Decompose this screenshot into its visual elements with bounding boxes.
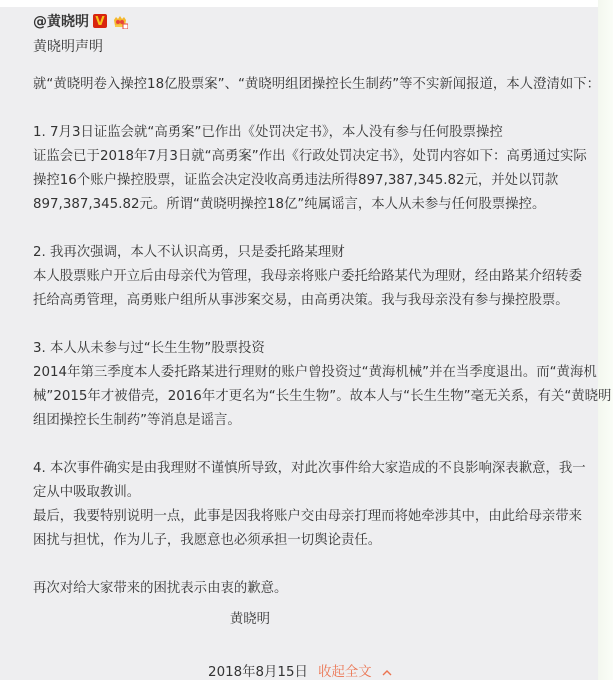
section-1-line: 证监会已于2018年7月3日就“高勇案”作出《行政处罚决定书》，处罚内容如下：高… — [33, 145, 593, 169]
page-edge — [598, 0, 613, 680]
section-3-heading: 3. 本人从未参与过“长生生物”股票投资 — [33, 337, 593, 361]
top-strip — [0, 0, 598, 7]
section-3: 3. 本人从未参与过“长生生物”股票投资 2014年第三季度本人委托路某进行理财… — [33, 337, 593, 433]
vip-crown-icon[interactable] — [112, 14, 128, 28]
closing-line: 再次对给大家带来的困扰表示由衷的歉意。 — [33, 577, 593, 601]
section-1-line: 897,387,345.82元。所谓“黄晓明操控18亿”纯属谣言，本人从未参与任… — [33, 193, 593, 217]
signature: 黄晓明 — [0, 608, 500, 627]
section-4-line: 定从中吸取教训。 — [33, 481, 593, 505]
section-1: 1. 7月3日证监会就“高勇案”已作出《处罚决定书》，本人没有参与任何股票操控 … — [33, 121, 593, 217]
post-body: 就“黄晓明卷入操控18亿股票案”、“黄晓明组团操控长生制药”等不实新闻报道，本人… — [33, 73, 593, 625]
section-1-heading: 1. 7月3日证监会就“高勇案”已作出《处罚决定书》，本人没有参与任何股票操控 — [33, 121, 593, 145]
section-4: 4. 本次事件确实是由我理财不谨慎所导致，对此次事件给大家造成的不良影响深表歉意… — [33, 457, 593, 553]
closing-paragraph: 再次对给大家带来的困扰表示由衷的歉意。 — [33, 577, 593, 601]
section-4-line: 最后，我要特别说明一点，此事是因我将账户交由母亲打理而将她牵涉其中，由此给母亲带… — [33, 505, 593, 529]
post-footer: 2018年8月15日 收起全文 — [0, 661, 600, 680]
section-4-line: 困扰与担忧，作为儿子，我愿意也必须承担一切舆论责任。 — [33, 529, 593, 553]
collapse-full-text-link[interactable]: 收起全文 — [318, 665, 372, 680]
section-2-line: 本人股票账户开立后由母亲代为管理，我母亲将账户委托给路某代为理财，经由路某介绍转… — [33, 265, 593, 289]
section-3-line: 2014年第三季度本人委托路某进行理财的账户曾投资过“黄海机械”并在当季度退出。… — [33, 361, 593, 385]
section-2-line: 托给高勇管理，高勇账户组所从事涉案交易，由高勇决策。我与我母亲没有参与操控股票。 — [33, 289, 593, 313]
intro-paragraph: 就“黄晓明卷入操控18亿股票案”、“黄晓明组团操控长生制药”等不实新闻报道，本人… — [33, 73, 593, 97]
section-1-line: 操控16个账户操控股票，证监会决定没收高勇违法所得897,387,345.82元… — [33, 169, 593, 193]
author-row: @黄晓明 V — [33, 11, 128, 31]
author-name[interactable]: @黄晓明 — [33, 11, 89, 31]
chevron-up-icon[interactable] — [382, 666, 392, 679]
verified-v-icon[interactable]: V — [93, 14, 107, 28]
section-3-line: 组团操控长生制药”等消息是谣言。 — [33, 409, 593, 433]
section-2-heading: 2. 我再次强调，本人不认识高勇，只是委托路某理财 — [33, 241, 593, 265]
section-3-line: 械”2015年才被借壳，2016年才更名为“长生生物”。故本人与“长生生物”毫无… — [33, 385, 593, 409]
post-title: 黄晓明声明 — [33, 36, 128, 56]
post-date: 2018年8月15日 — [208, 665, 308, 680]
section-4-heading: 4. 本次事件确实是由我理财不谨慎所导致，对此次事件给大家造成的不良影响深表歉意… — [33, 457, 593, 481]
intro-text: 就“黄晓明卷入操控18亿股票案”、“黄晓明组团操控长生制药”等不实新闻报道，本人… — [33, 73, 593, 97]
post-header: @黄晓明 V 黄晓明声明 — [33, 11, 128, 56]
section-2: 2. 我再次强调，本人不认识高勇，只是委托路某理财 本人股票账户开立后由母亲代为… — [33, 241, 593, 313]
